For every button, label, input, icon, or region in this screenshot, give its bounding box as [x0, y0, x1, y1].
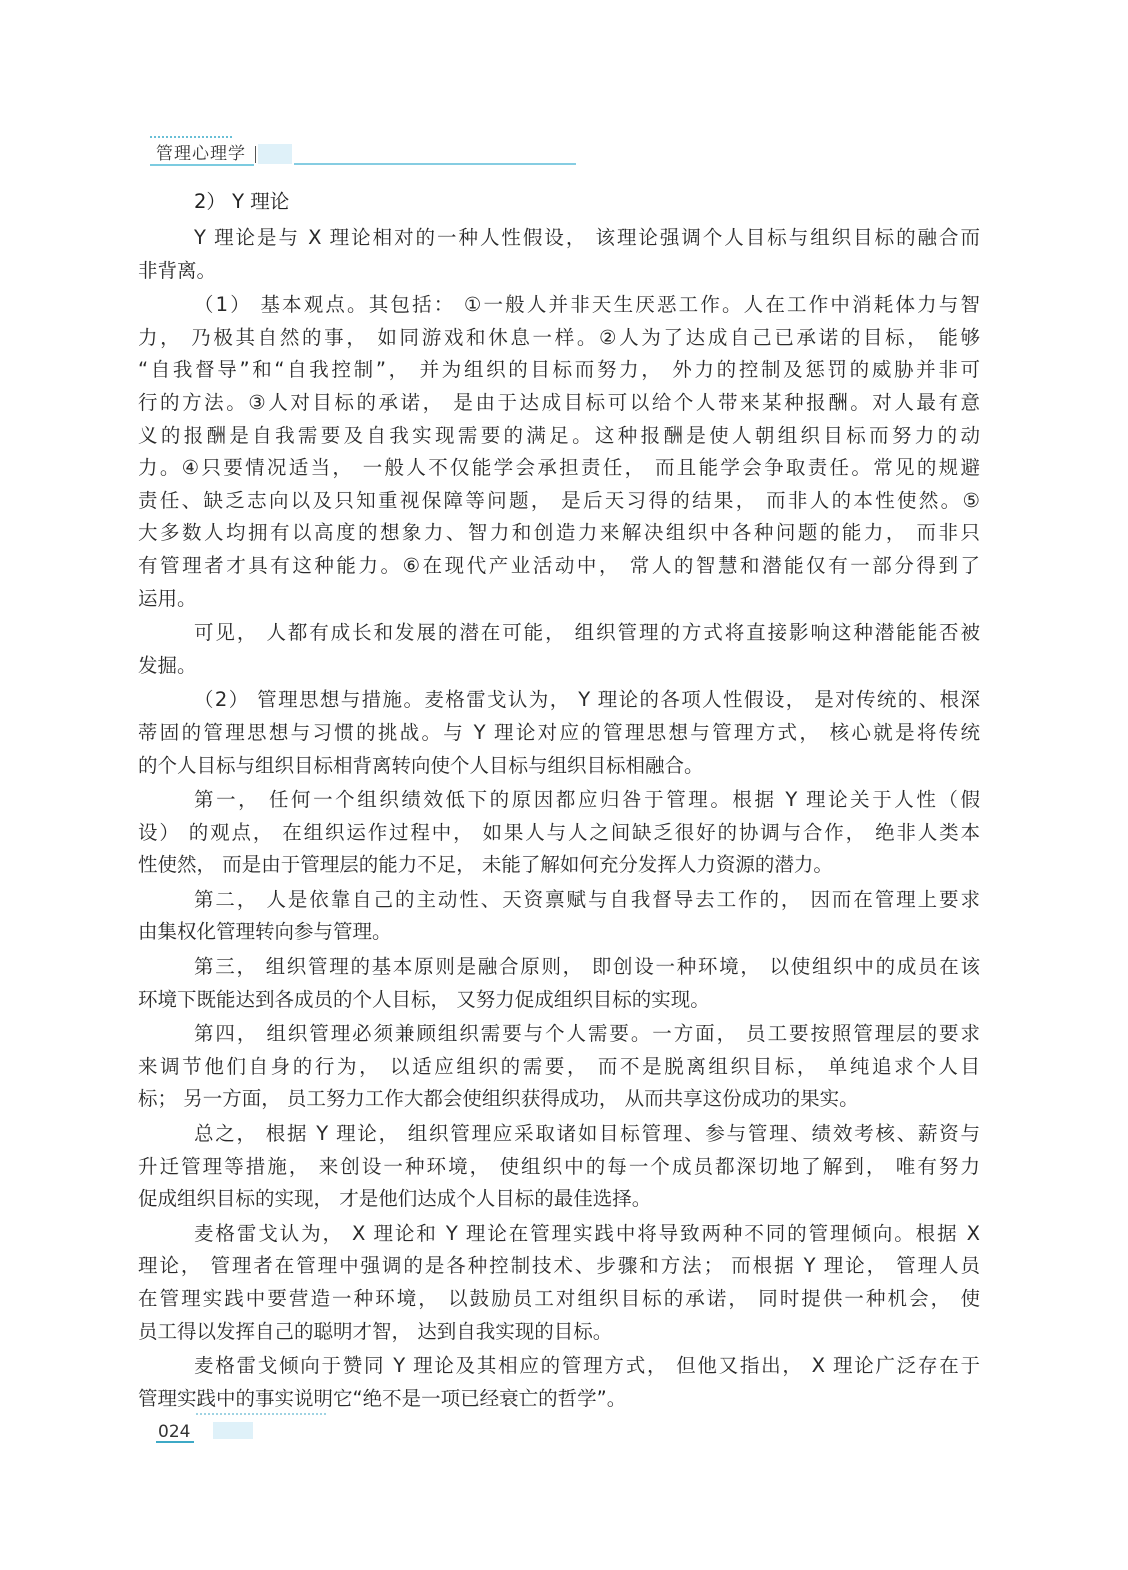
- text-line: 环境下既能达到各成员的个人目标， 又努力促成组织目标的实现。: [138, 984, 980, 1017]
- paragraph-potential: 可见， 人都有成长和发展的潜在可能， 组织管理的方式将直接影响这种潜能能否被发掘…: [138, 617, 980, 682]
- header-rule: [294, 163, 576, 165]
- text-line: 第二， 人是依靠自己的主动性、天资禀赋与自我督导去工作的， 因而在管理上要求: [138, 884, 980, 917]
- paragraph-intro: Y 理论是与 X 理论相对的一种人性假设， 该理论强调个人目标与组织目标的融合而…: [138, 222, 980, 287]
- text-line: 总之， 根据 Y 理论， 组织管理应采取诸如目标管理、参与管理、绩效考核、薪资与: [138, 1118, 980, 1151]
- text-line: 性使然， 而是由于管理层的能力不足， 未能了解如何充分发挥人力资源的潜力。: [138, 849, 980, 882]
- text-line: 有管理者才具有这种能力。⑥在现代产业活动中， 常人的智慧和潜能仅有一部分得到了: [138, 550, 980, 583]
- text-line: 麦格雷戈认为， X 理论和 Y 理论在管理实践中将导致两种不同的管理倾向。根据 …: [138, 1218, 980, 1251]
- paragraph-mcgregor-conclusion: 麦格雷戈倾向于赞同 Y 理论及其相应的管理方式， 但他又指出， X 理论广泛存在…: [138, 1350, 980, 1415]
- text-line: 员工得以发挥自己的聪明才智， 达到自我实现的目标。: [138, 1316, 980, 1349]
- text-line: 力。④只要情况适当， 一般人不仅能学会承担责任， 而且能学会争取责任。常见的规避: [138, 452, 980, 485]
- text-line: 义的报酬是自我需要及自我实现需要的满足。这种报酬是使人朝组织目标而努力的动: [138, 420, 980, 453]
- page-number-underline: [156, 1441, 194, 1443]
- section-heading: 2） Y 理论: [138, 186, 980, 218]
- page-footer: 024: [148, 1410, 338, 1444]
- header-underline: [150, 164, 254, 166]
- text-line: 标； 另一方面， 员工努力工作大都会使组织获得成功， 从而共享这份成功的果实。: [138, 1083, 980, 1116]
- text-line: （2） 管理思想与措施。麦格雷戈认为， Y 理论的各项人性假设， 是对传统的、根…: [138, 684, 980, 717]
- text-line: 麦格雷戈倾向于赞同 Y 理论及其相应的管理方式， 但他又指出， X 理论广泛存在…: [138, 1350, 980, 1383]
- header-dotted-rule: [150, 136, 232, 138]
- running-header: 管理心理学: [148, 130, 578, 166]
- paragraph-basic-views: （1） 基本观点。其包括： ①一般人并非天生厌恶工作。人在工作中消耗体力与智力，…: [138, 289, 980, 615]
- text-line: 理论， 管理者在管理中强调的是各种控制技术、步骤和方法； 而根据 Y 理论， 管…: [138, 1250, 980, 1283]
- text-line: 第四， 组织管理必须兼顾组织需要与个人需要。一方面， 员工要按照管理层的要求: [138, 1018, 980, 1051]
- text-line: 升迁管理等措施， 来创设一种环境， 使组织中的每一个成员都深切地了解到， 唯有努…: [138, 1151, 980, 1184]
- text-line: 大多数人均拥有以高度的想象力、智力和创造力来解决组织中各种问题的能力， 而非只: [138, 517, 980, 550]
- text-line: 的个人目标与组织目标相背离转向使个人目标与组织目标相融合。: [138, 750, 980, 783]
- text-line: 力， 乃极其自然的事， 如同游戏和休息一样。②人为了达成自己已承诺的目标， 能够: [138, 322, 980, 355]
- text-line: 行的方法。③人对目标的承诺， 是由于达成目标可以给个人带来某种报酬。对人最有意: [138, 387, 980, 420]
- paragraph-fourth: 第四， 组织管理必须兼顾组织需要与个人需要。一方面， 员工要按照管理层的要求来调…: [138, 1018, 980, 1116]
- text-line: 非背离。: [138, 255, 980, 288]
- text-line: 可见， 人都有成长和发展的潜在可能， 组织管理的方式将直接影响这种潜能能否被: [138, 617, 980, 650]
- text-line: 第一， 任何一个组织绩效低下的原因都应归咎于管理。根据 Y 理论关于人性（假: [138, 784, 980, 817]
- text-line: 设） 的观点， 在组织运作过程中， 如果人与人之间缺乏很好的协调与合作， 绝非人…: [138, 817, 980, 850]
- footer-accent-box: [213, 1422, 253, 1439]
- text-line: 促成组织目标的实现， 才是他们达成个人目标的最佳选择。: [138, 1183, 980, 1216]
- text-line: （1） 基本观点。其包括： ①一般人并非天生厌恶工作。人在工作中消耗体力与智: [138, 289, 980, 322]
- text-line: Y 理论是与 X 理论相对的一种人性假设， 该理论强调个人目标与组织目标的融合而: [138, 222, 980, 255]
- paragraph-list: Y 理论是与 X 理论相对的一种人性假设， 该理论强调个人目标与组织目标的融合而…: [138, 222, 980, 1415]
- book-title: 管理心理学: [156, 144, 246, 164]
- paragraph-summary: 总之， 根据 Y 理论， 组织管理应采取诸如目标管理、参与管理、绩效考核、薪资与…: [138, 1118, 980, 1216]
- footer-dotted-rule: [196, 1413, 326, 1415]
- text-line: 蒂固的管理思想与习惯的挑战。与 Y 理论对应的管理思想与管理方式， 核心就是将传…: [138, 717, 980, 750]
- paragraph-third: 第三， 组织管理的基本原则是融合原则， 即创设一种环境， 以使组织中的成员在该环…: [138, 951, 980, 1016]
- text-line: 运用。: [138, 583, 980, 616]
- text-line: 第三， 组织管理的基本原则是融合原则， 即创设一种环境， 以使组织中的成员在该: [138, 951, 980, 984]
- text-line: “自我督导”和“自我控制”， 并为组织的目标而努力， 外力的控制及惩罚的威胁并非…: [138, 354, 980, 387]
- paragraph-mcgregor-view: 麦格雷戈认为， X 理论和 Y 理论在管理实践中将导致两种不同的管理倾向。根据 …: [138, 1218, 980, 1348]
- paragraph-management-ideas: （2） 管理思想与措施。麦格雷戈认为， Y 理论的各项人性假设， 是对传统的、根…: [138, 684, 980, 782]
- text-line: 来调节他们自身的行为， 以适应组织的需要， 而不是脱离组织目标， 单纯追求个人目: [138, 1051, 980, 1084]
- text-line: 责任、缺乏志向以及只知重视保障等问题， 是后天习得的结果， 而非人的本性使然。⑤: [138, 485, 980, 518]
- header-accent-box: [258, 144, 292, 164]
- text-line: 发掘。: [138, 650, 980, 683]
- paragraph-first: 第一， 任何一个组织绩效低下的原因都应归咎于管理。根据 Y 理论关于人性（假设）…: [138, 784, 980, 882]
- header-separator: [255, 146, 256, 163]
- text-line: 在管理实践中要营造一种环境， 以鼓励员工对组织目标的承诺， 同时提供一种机会， …: [138, 1283, 980, 1316]
- paragraph-second: 第二， 人是依靠自己的主动性、天资禀赋与自我督导去工作的， 因而在管理上要求由集…: [138, 884, 980, 949]
- text-line: 由集权化管理转向参与管理。: [138, 916, 980, 949]
- page-number: 024: [158, 1422, 190, 1442]
- page-body: 2） Y 理论 Y 理论是与 X 理论相对的一种人性假设， 该理论强调个人目标与…: [138, 186, 980, 1417]
